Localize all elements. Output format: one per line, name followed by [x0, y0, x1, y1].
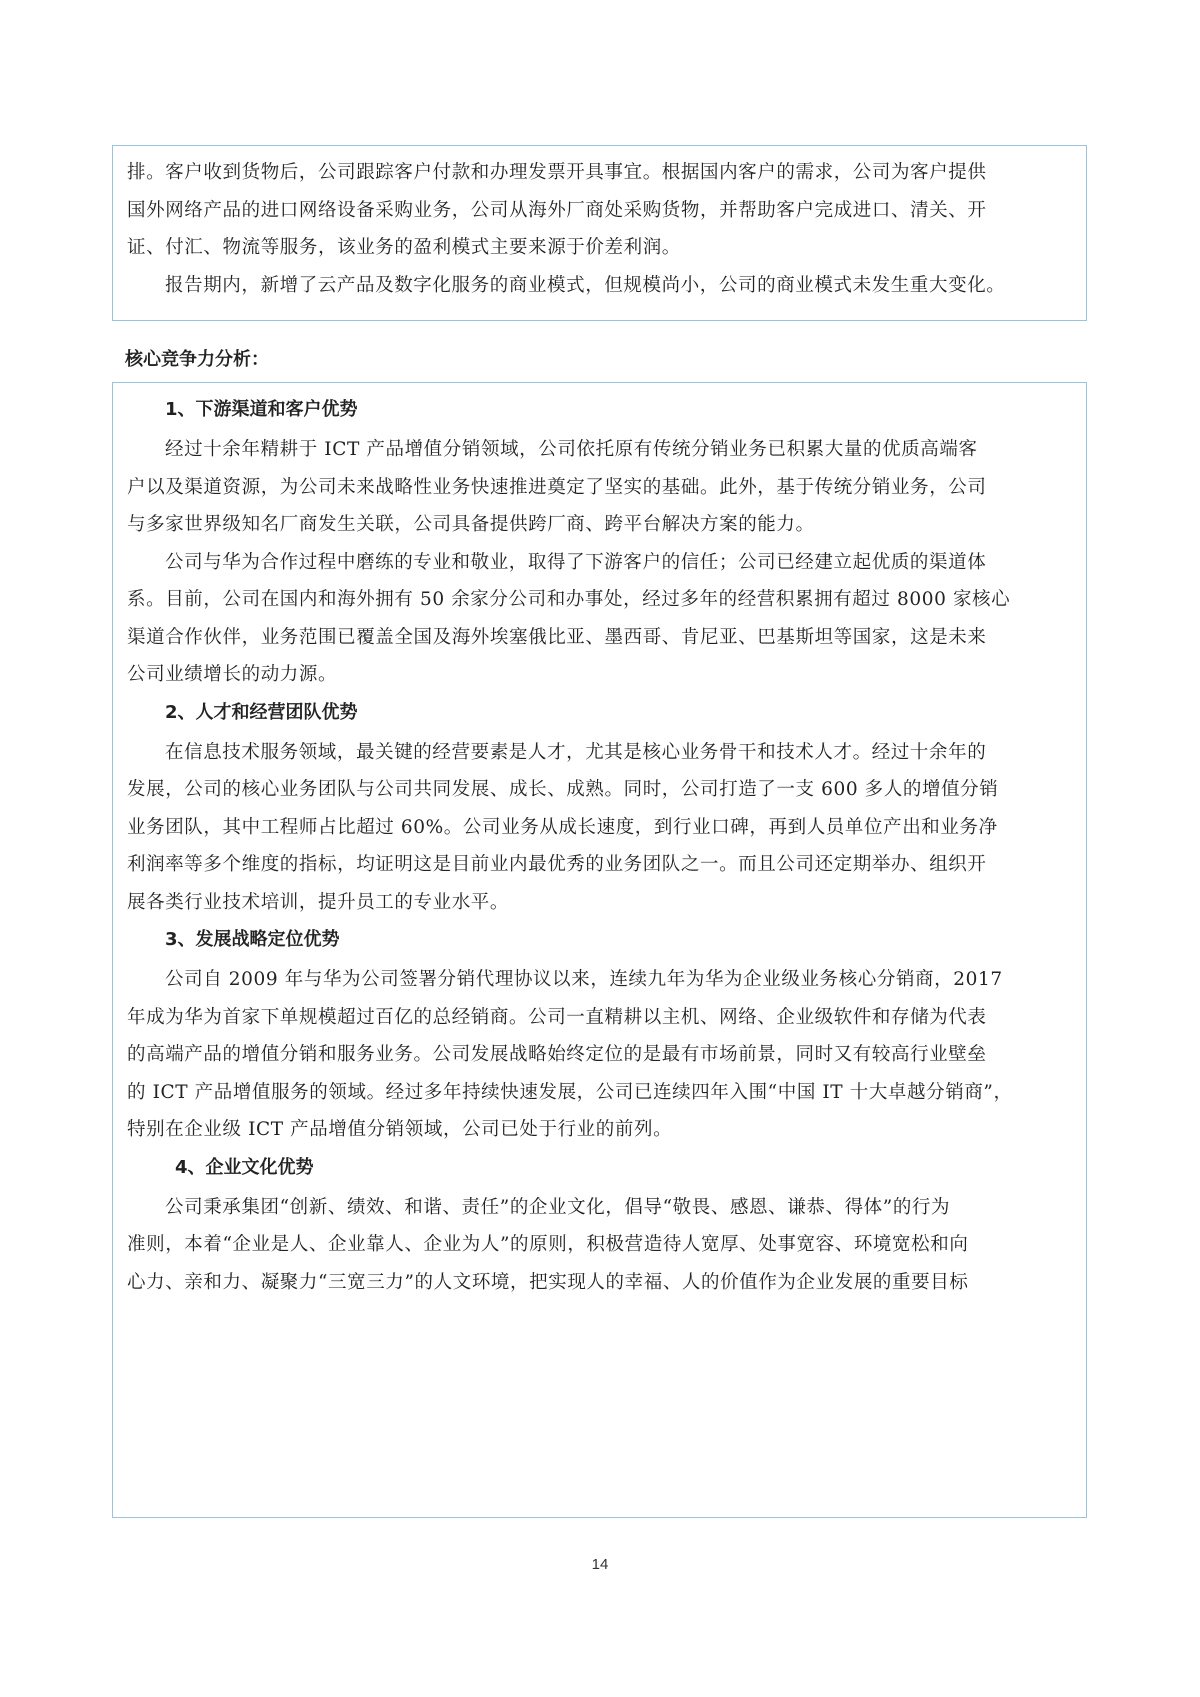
paragraph-line: 报告期内，新增了云产品及数字化服务的商业模式，但规模尚小，公司的商业模式未发生重…: [127, 267, 1072, 305]
subsection-heading-1: 1、下游渠道和客户优势: [127, 391, 1072, 431]
subsection-heading-2: 2、人才和经营团队优势: [127, 694, 1072, 734]
paragraph-line: 利润率等多个维度的指标，均证明这是目前业内最优秀的业务团队之一。而且公司还定期举…: [127, 846, 1072, 884]
business-model-box: 排。客户收到货物后，公司跟踪客户付款和办理发票开具事宜。根据国内客户的需求，公司…: [112, 145, 1087, 321]
paragraph-line: 国外网络产品的进口网络设备采购业务，公司从海外厂商处采购货物，并帮助客户完成进口…: [127, 192, 1072, 230]
paragraph-line: 经过十余年精耕于 ICT 产品增值分销领域，公司依托原有传统分销业务已积累大量的…: [127, 431, 1072, 469]
paragraph-line: 在信息技术服务领域，最关键的经营要素是人才，尤其是核心业务骨干和技术人才。经过十…: [127, 734, 1072, 772]
paragraph-line: 发展，公司的核心业务团队与公司共同发展、成长、成熟。同时，公司打造了一支 600…: [127, 771, 1072, 809]
page-number: 14: [0, 1556, 1200, 1573]
subsection-heading-3: 3、发展战略定位优势: [127, 921, 1072, 961]
paragraph-line: 渠道合作伙伴，业务范围已覆盖全国及海外埃塞俄比亚、墨西哥、肯尼亚、巴基斯坦等国家…: [127, 619, 1072, 657]
core-competitiveness-box: 1、下游渠道和客户优势 经过十余年精耕于 ICT 产品增值分销领域，公司依托原有…: [112, 382, 1087, 1518]
paragraph-line: 公司自 2009 年与华为公司签署分销代理协议以来，连续九年为华为企业级业务核心…: [127, 961, 1072, 999]
paragraph-line: 特别在企业级 ICT 产品增值分销领域，公司已处于行业的前列。: [127, 1111, 1072, 1149]
paragraph-line: 户以及渠道资源，为公司未来战略性业务快速推进奠定了坚实的基础。此外，基于传统分销…: [127, 469, 1072, 507]
paragraph-line: 公司与华为合作过程中磨练的专业和敬业，取得了下游客户的信任；公司已经建立起优质的…: [127, 544, 1072, 582]
paragraph-line: 证、付汇、物流等服务，该业务的盈利模式主要来源于价差利润。: [127, 229, 1072, 267]
paragraph-line: 的高端产品的增值分销和服务业务。公司发展战略始终定位的是最有市场前景，同时又有较…: [127, 1036, 1072, 1074]
paragraph-line: 展各类行业技术培训，提升员工的专业水平。: [127, 884, 1072, 922]
paragraph-line: 公司业绩增长的动力源。: [127, 656, 1072, 694]
paragraph-line: 公司秉承集团“创新、绩效、和谐、责任”的企业文化，倡导“敬畏、感恩、谦恭、得体”…: [127, 1189, 1072, 1227]
paragraph-line: 系。目前，公司在国内和海外拥有 50 余家分公司和办事处，经过多年的经营积累拥有…: [127, 581, 1072, 619]
paragraph-line: 心力、亲和力、凝聚力“三宽三力”的人文环境，把实现人的幸福、人的价值作为企业发展…: [127, 1264, 1072, 1302]
paragraph-line: 排。客户收到货物后，公司跟踪客户付款和办理发票开具事宜。根据国内客户的需求，公司…: [127, 154, 1072, 192]
subsection-heading-4: 4、企业文化优势: [127, 1149, 1072, 1189]
paragraph-line: 的 ICT 产品增值服务的领域。经过多年持续快速发展，公司已连续四年入围“中国 …: [127, 1074, 1072, 1112]
paragraph-line: 准则，本着“企业是人、企业靠人、企业为人”的原则，积极营造待人宽厚、处事宽容、环…: [127, 1226, 1072, 1264]
paragraph-line: 年成为华为首家下单规模超过百亿的总经销商。公司一直精耕以主机、网络、企业级软件和…: [127, 999, 1072, 1037]
section-title: 核心竞争力分析：: [125, 345, 269, 371]
paragraph-line: 与多家世界级知名厂商发生关联，公司具备提供跨厂商、跨平台解决方案的能力。: [127, 506, 1072, 544]
paragraph-line: 业务团队，其中工程师占比超过 60%。公司业务从成长速度，到行业口碑，再到人员单…: [127, 809, 1072, 847]
